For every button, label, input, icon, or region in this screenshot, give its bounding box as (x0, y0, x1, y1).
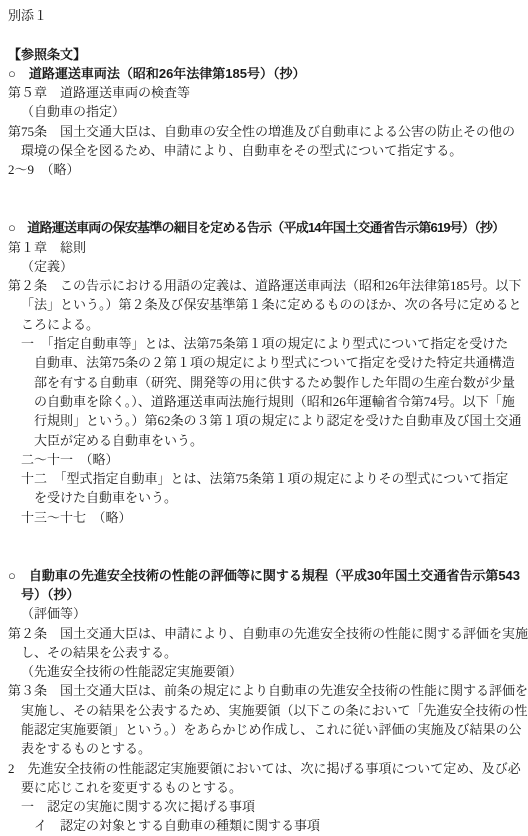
document-line: 二～十一 （略） (8, 450, 520, 469)
document-line: 第５章 道路運送車両の検査等 (8, 83, 520, 102)
blank-line (8, 546, 520, 565)
section-heading: 【参照条文】 (8, 45, 520, 64)
blank-line (8, 180, 520, 199)
document-line: 第１章 総則 (8, 238, 520, 257)
document-line: 部を有する自動車（研究、開発等の用に供するため製作した年間の生産台数が少量 (8, 373, 520, 392)
blank-line (8, 25, 520, 44)
document-line: 環境の保全を図るため、申請により、自動車をその型式について指定する。 (8, 141, 520, 160)
document-line: 行規則」という。）第62条の３第１項の規定により認定を受けた自動車及び国土交通 (8, 411, 520, 430)
document-line: し、その結果を公表する。 (8, 643, 520, 662)
document-line: 能認定実施要領」という。）をあらかじめ作成し、これに従い評価の実施及び結果の公 (8, 720, 520, 739)
document-line: イ 認定の対象とする自動車の種類に関する事項 (8, 816, 520, 835)
document-line: 第２条 国土交通大臣は、申請により、自動車の先進安全技術の性能に関する評価を実施 (8, 624, 520, 643)
document-line: 十三～十七 （略） (8, 508, 520, 527)
document-line: 自動車、法第75条の２第１項の規定により型式について指定を受けた特定共通構造 (8, 353, 520, 372)
section-heading: ○ 自動車の先進安全技術の性能の評価等に関する規程（平成30年国土交通省告示第5… (8, 566, 520, 585)
blank-line (8, 199, 520, 218)
document-line: ころによる。 (8, 315, 520, 334)
document-line: （先進安全技術の性能認定実施要領） (8, 662, 520, 681)
document-line: を受けた自動車をいう。 (8, 488, 520, 507)
document-line: 大臣が定める自動車をいう。 (8, 431, 520, 450)
blank-line (8, 527, 520, 546)
document-line: 実施し、その結果を公表するため、実施要領（以下この条において「先進安全技術の性 (8, 701, 520, 720)
document-line: 第３条 国土交通大臣は、前条の規定により自動車の先進安全技術の性能に関する評価を (8, 681, 520, 700)
document-line: （評価等） (8, 604, 520, 623)
document-line: 2 先進安全技術の性能認定実施要領においては、次に掲げる事項について定め、及び必 (8, 759, 520, 778)
section-heading: ○ 道路運送車両の保安基準の細目を定める告示（平成14年国土交通省告示第619号… (8, 218, 520, 237)
document-line: 表をするものとする。 (8, 739, 520, 758)
document-line: 一 認定の実施に関する次に掲げる事項 (8, 797, 520, 816)
document-line: の自動車を除く。）、道路運送車両法施行規則（昭和26年運輸省令第74号。以下「施 (8, 392, 520, 411)
document-line: （定義） (8, 257, 520, 276)
document-line: 別添１ (8, 6, 520, 25)
document-line: 第２条 この告示における用語の定義は、道路運送車両法（昭和26年法律第185号。… (8, 276, 520, 295)
document-body: 別添１【参照条文】○ 道路運送車両法（昭和26年法律第185号）（抄）第５章 道… (8, 6, 520, 836)
section-heading: 号）（抄） (8, 585, 520, 604)
document-line: 2～9 （略） (8, 160, 520, 179)
document-line: 第75条 国土交通大臣は、自動車の安全性の増進及び自動車による公害の防止その他の (8, 122, 520, 141)
document-page: 別添１【参照条文】○ 道路運送車両法（昭和26年法律第185号）（抄）第５章 道… (0, 0, 528, 836)
document-line: 一 「指定自動車等」とは、法第75条第１項の規定により型式について指定を受けた (8, 334, 520, 353)
document-line: 要に応じこれを変更するものとする。 (8, 778, 520, 797)
document-line: 十二 「型式指定自動車」とは、法第75条第１項の規定によりその型式について指定 (8, 469, 520, 488)
document-line: 「法」という。）第２条及び保安基準第１条に定めるもののほか、次の各号に定めると (8, 295, 520, 314)
section-heading: ○ 道路運送車両法（昭和26年法律第185号）（抄） (8, 64, 520, 83)
document-line: （自動車の指定） (8, 102, 520, 121)
